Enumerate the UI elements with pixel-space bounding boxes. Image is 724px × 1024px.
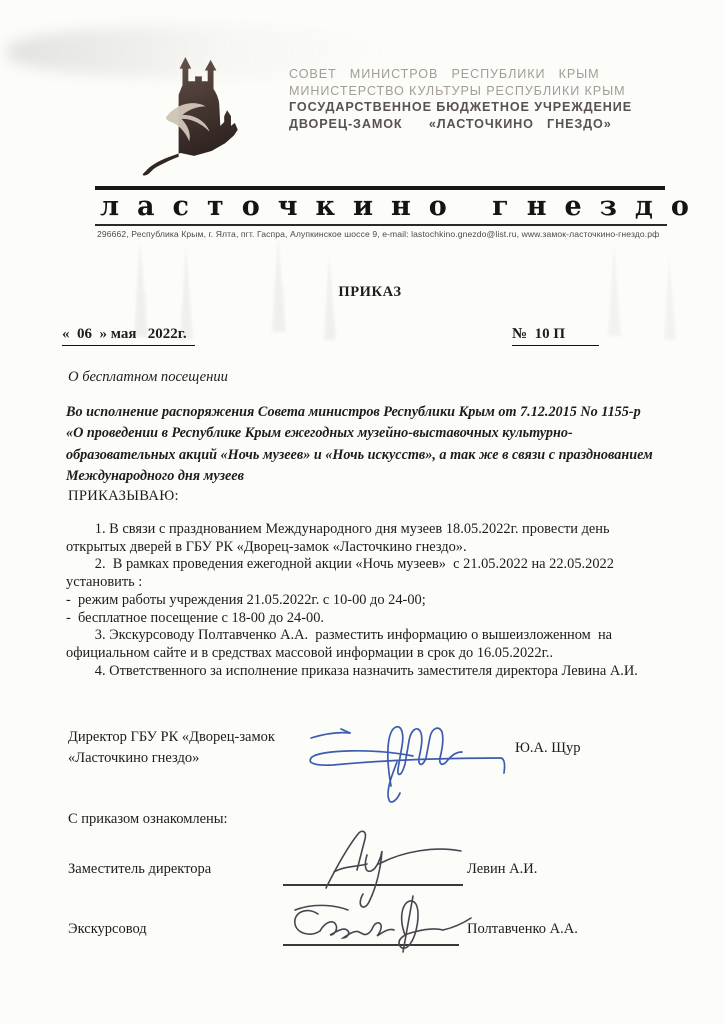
order-subject: О бесплатном посещении xyxy=(68,369,228,386)
castle-swallow-logo xyxy=(138,56,258,184)
org-line-ministry: МИНИСТЕРСТВО КУЛЬТУРЫ РЕСПУБЛИКИ КРЫМ xyxy=(289,83,681,100)
org-line-institution: ГОСУДАРСТВЕННОЕ БЮДЖЕТНОЕ УЧРЕЖДЕНИЕ xyxy=(289,99,681,116)
org-line-council: СОВЕТ МИНИСТРОВ РЕСПУБЛИКИ КРЫМ xyxy=(289,66,681,83)
order-item-3: 3. Экскурсоводу Полтавченко А.А. размест… xyxy=(66,627,680,662)
contact-address-line: 296662, Республика Крым, г. Ялта, пгт. Г… xyxy=(97,229,697,239)
guide-signature-ink xyxy=(286,894,482,958)
ack-label-guide: Экскурсовод xyxy=(68,921,147,938)
order-items: 1. В связи с празднованием Международног… xyxy=(66,521,680,680)
banner-rule-bottom xyxy=(95,224,667,226)
org-line-castle: ДВОРЕЦ-ЗАМОК «ЛАСТОЧКИНО ГНЕЗДО» xyxy=(289,116,681,133)
ack-heading: С приказом ознакомлены: xyxy=(68,811,228,828)
order-item-4: 4. Ответственного за исполнение приказа … xyxy=(66,663,680,681)
order-item-1: 1. В связи с празднованием Международног… xyxy=(66,521,680,556)
order-item-2: 2. В рамках проведения ежегодной акции «… xyxy=(66,556,680,591)
order-date: « 06 » мая 2022г. xyxy=(62,326,195,346)
org-header-block: СОВЕТ МИНИСТРОВ РЕСПУБЛИКИ КРЫМ МИНИСТЕР… xyxy=(289,66,681,132)
director-name: Ю.А. Щур xyxy=(515,740,581,757)
ack-label-deputy: Заместитель директора xyxy=(68,861,211,878)
director-signature-ink xyxy=(293,712,525,808)
banner-rule-top xyxy=(95,186,665,190)
order-preamble: Во исполнение распоряжения Совета минист… xyxy=(66,402,686,488)
banner-title: ласточкино гнездо xyxy=(100,191,670,222)
order-number: № 10 П xyxy=(512,326,599,346)
ack-name-deputy: Левин А.И. xyxy=(467,861,537,878)
order-item-2-sub1: - режим работы учреждения 21.05.2022г. с… xyxy=(66,592,680,610)
order-item-2-sub2: - бесплатное посещение с 18-00 до 24-00. xyxy=(66,610,680,628)
scanned-order-document: СОВЕТ МИНИСТРОВ РЕСПУБЛИКИ КРЫМ МИНИСТЕР… xyxy=(0,0,724,1024)
ack-name-guide: Полтавченко А.А. xyxy=(467,921,578,938)
director-label: Директор ГБУ РК «Дворец-замок «Ласточкин… xyxy=(68,727,275,769)
order-title: ПРИКАЗ xyxy=(0,284,724,301)
order-command-word: ПРИКАЗЫВАЮ: xyxy=(68,488,179,505)
